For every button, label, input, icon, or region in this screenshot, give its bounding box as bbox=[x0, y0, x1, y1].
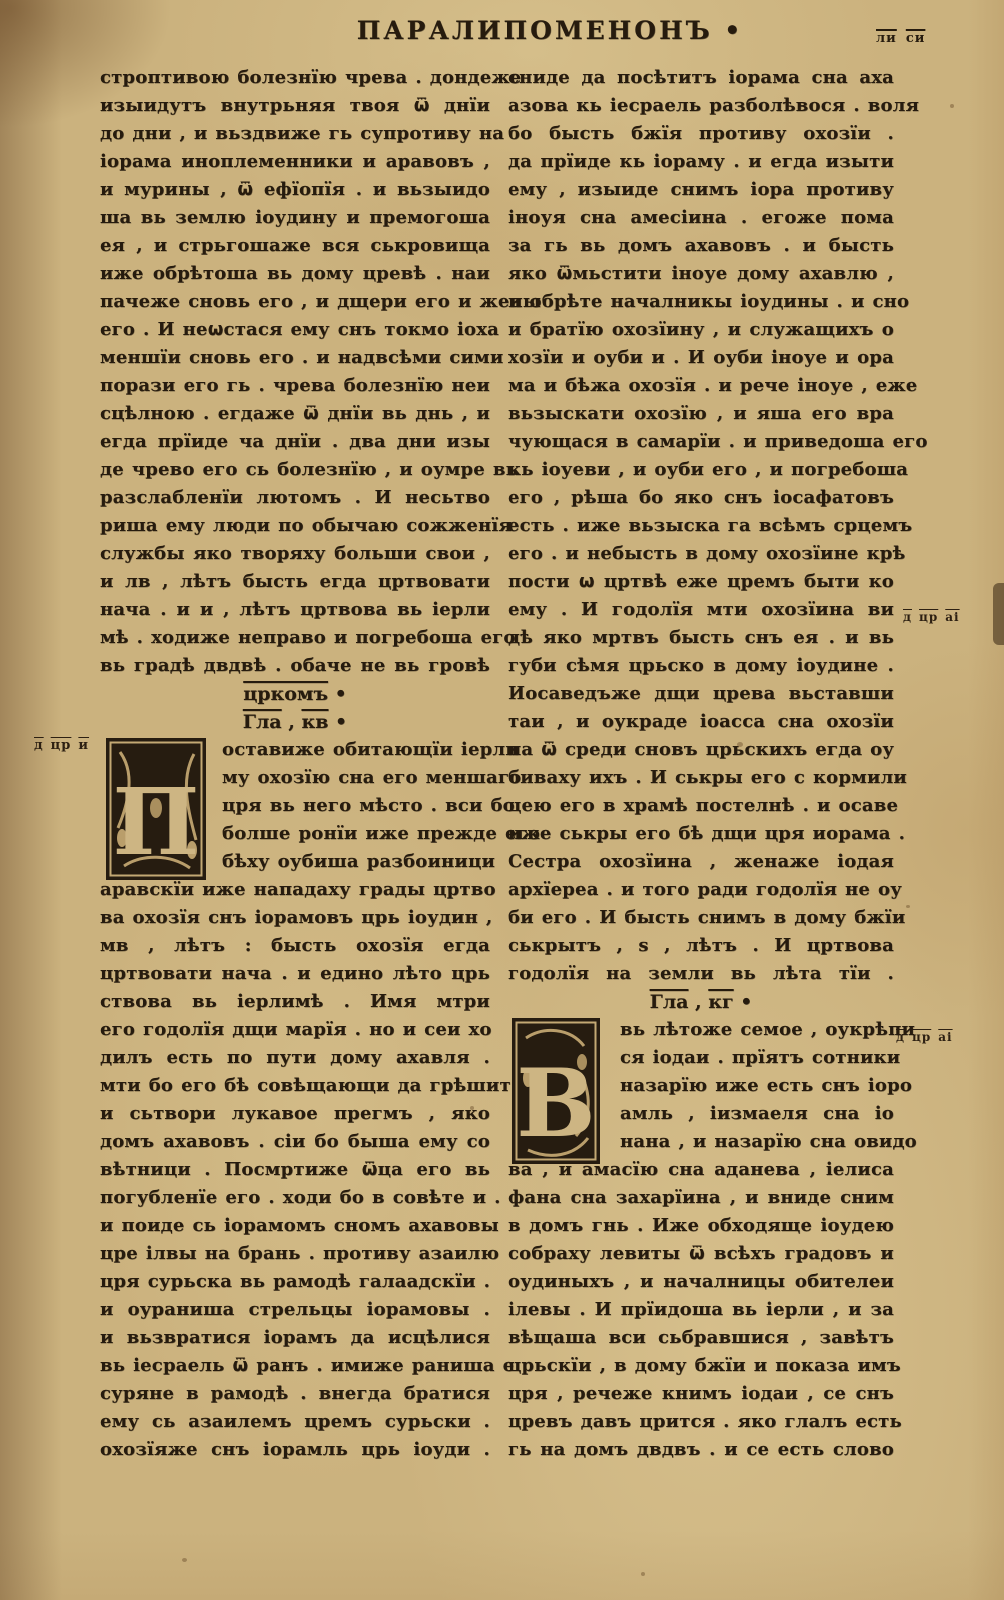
ornate-initial-woodcut: П bbox=[106, 738, 206, 884]
text-line: вьзыскати охозїю , и яша его вра bbox=[508, 400, 894, 428]
text-line: ея , и стрьгошаже вся ськровища bbox=[100, 232, 490, 260]
text-line: и братїю охозїину , и служащихъ о bbox=[508, 316, 894, 344]
text-line: суряне в рамодѣ . внегда братися bbox=[100, 1380, 490, 1408]
text-line: іорама иноплеменники и аравовъ , bbox=[100, 148, 490, 176]
text-line: и лв , лѣтъ бысть егда цртвовати bbox=[100, 568, 490, 596]
text-line: ему . И годолїя мти охозїина ви bbox=[508, 596, 894, 624]
text-line: иже ськры его бѣ дщи цря иорама . bbox=[508, 820, 894, 848]
text-line: Сестра охозїина , женаже іодая bbox=[508, 848, 894, 876]
paper-speck bbox=[950, 104, 954, 108]
text-line: пачеже сновь его , и дщери его и жены bbox=[100, 288, 490, 316]
folio-mark: си bbox=[906, 31, 926, 46]
text-block: строптивою болезнїю чрева . дондежеизыид… bbox=[100, 64, 490, 680]
text-line: иже обрѣтоша вь дому цревѣ . наи bbox=[100, 260, 490, 288]
book-page-scan: ПАРАЛИПОМЕНОНЪ • лиси дцри дцраі дцраі с… bbox=[0, 0, 1004, 1600]
text-line: риша ему люди по обычаю сожженїя bbox=[100, 512, 490, 540]
paper-speck bbox=[737, 742, 743, 747]
dropcap-paragraph: В вь лѣтоже семое , оукрѣпися іодаи . пр… bbox=[508, 1016, 894, 1156]
text-line: и оураниша стрельцы іорамовы . bbox=[100, 1296, 490, 1324]
text-line: его . И неѡстася ему снъ токмо іоха bbox=[100, 316, 490, 344]
text-line: сцѣлною . егдаже ѿ днїи вь днь , и bbox=[100, 400, 490, 428]
text-line: бо бысть бжїя противу охозїи . bbox=[508, 120, 894, 148]
ornate-initial-woodcut: В bbox=[512, 1018, 600, 1168]
text-line: болше ронїи иже прежде его bbox=[222, 820, 490, 848]
text-line: и вьзвратися іорамъ да исцѣлися bbox=[100, 1324, 490, 1352]
text-line: есть . иже вьзыска га всѣмъ срцемъ bbox=[508, 512, 894, 540]
text-line: ся іодаи . прїятъ сотники bbox=[620, 1044, 894, 1072]
text-line: губи сѣмя црьско в дому іоудине . bbox=[508, 652, 894, 680]
text-line: цртвовати нача . и едино лѣто црь bbox=[100, 960, 490, 988]
folio-mark: ли bbox=[876, 31, 897, 46]
text-line: биваху ихъ . И ськры его с кормили bbox=[508, 764, 894, 792]
text-line: фана сна захарїина , и вниде сним bbox=[508, 1184, 894, 1212]
margin-note-right-mid: дцраі bbox=[903, 610, 967, 624]
paper-speck bbox=[470, 1106, 474, 1110]
colophon-line: цркомъ • bbox=[100, 680, 490, 708]
text-line: мв , лѣтъ : бысть охозїя егда bbox=[100, 932, 490, 960]
text-block: аравскїи иже нападаху грады цртвова охоз… bbox=[100, 876, 490, 1464]
text-line: таи , и оукраде іоасса сна охозїи bbox=[508, 708, 894, 736]
right-text-column: сниде да посѣтитъ іорама сна ахаазова кь… bbox=[508, 64, 894, 1464]
text-line: вѣтници . Посмртиже ѿца его вь bbox=[100, 1156, 490, 1184]
text-line: му охозїю сна его меншаго bbox=[222, 764, 490, 792]
text-line: іноуя сна амесіина . егоже пома bbox=[508, 204, 894, 232]
text-line: црьскїи , в дому бжїи и показа имъ bbox=[508, 1352, 894, 1380]
text-line: архїереа . и того ради годолїя не оу bbox=[508, 876, 894, 904]
text-line: за гь вь домъ ахавовъ . и бысть bbox=[508, 232, 894, 260]
text-line: оудиныхъ , и началницы обителеи bbox=[508, 1268, 894, 1296]
text-line: цря вь него мѣсто . вси бо bbox=[222, 792, 490, 820]
text-line: цею его в храмѣ постелнѣ . и осаве bbox=[508, 792, 894, 820]
text-line: бѣху оубиша разбоиници bbox=[222, 848, 490, 876]
text-line: ма и бѣжа охозїя . и рече іноуе , еже bbox=[508, 372, 894, 400]
text-line: оставиже обитающїи іерли bbox=[222, 736, 490, 764]
text-line: его . и небысть в дому охозїине крѣ bbox=[508, 540, 894, 568]
text-line: мти бо его бѣ совѣщающи да грѣшит bbox=[100, 1072, 490, 1100]
chapter-heading-22: Гла , кв • bbox=[100, 708, 490, 736]
text-line: нана , и назарїю сна овидо bbox=[620, 1128, 894, 1156]
text-block: ва , и амасїю сна аданева , іелисафана с… bbox=[508, 1156, 894, 1464]
text-line: де чрево его сь болезнїю , и оумре вь bbox=[100, 456, 490, 484]
text-line: егда прїиде ча днїи . два дни изы bbox=[100, 428, 490, 456]
text-line: его , рѣша бо яко снъ іосафатовъ bbox=[508, 484, 894, 512]
text-line: дилъ есть по пути дому ахавля . bbox=[100, 1044, 490, 1072]
text-line: да прїиде кь іораму . и егда изыти bbox=[508, 148, 894, 176]
text-line: разслабленїи лютомъ . И несьтво bbox=[100, 484, 490, 512]
margin-note-left: дцри bbox=[34, 738, 96, 753]
text-line: вѣщаша вси сьбравшися , завѣтъ bbox=[508, 1324, 894, 1352]
page-title: ПАРАЛИПОМЕНОНЪ • bbox=[150, 16, 950, 50]
text-line: и мурины , ѿ ефїопїя . и вьзыидо bbox=[100, 176, 490, 204]
text-line: цря сурьска вь рамодѣ галаадскїи . bbox=[100, 1268, 490, 1296]
text-line: до дни , и вьздвиже гь супротиву на bbox=[100, 120, 490, 148]
text-line: ва охозїя снъ іорамовъ црь іоудин , bbox=[100, 904, 490, 932]
text-line: ськрытъ , ѕ , лѣтъ . И цртвова bbox=[508, 932, 894, 960]
text-line: охозїяже снъ іорамль црь іоуди . bbox=[100, 1436, 490, 1464]
text-line: и поиде сь іорамомъ сномъ ахавовы bbox=[100, 1212, 490, 1240]
text-line: строптивою болезнїю чрева . дондеже bbox=[100, 64, 490, 92]
initial-letter: П bbox=[113, 768, 200, 876]
text-line: службы яко творяху больши свои , bbox=[100, 540, 490, 568]
text-line: в домъ гнь . Иже обходяще іоудею bbox=[508, 1212, 894, 1240]
text-line: вь лѣтоже семое , оукрѣпи bbox=[620, 1016, 894, 1044]
page-edge-smudge bbox=[993, 583, 1004, 645]
text-line: погубленїе его . ходи бо в совѣте и . bbox=[100, 1184, 490, 1212]
text-line: его годолїя дщи марїя . но и сеи хо bbox=[100, 1016, 490, 1044]
text-block: сниде да посѣтитъ іорама сна ахаазова кь… bbox=[508, 64, 894, 988]
text-line: гь на домъ двдвъ . и се есть слово bbox=[508, 1436, 894, 1464]
left-text-column: строптивою болезнїю чрева . дондежеизыид… bbox=[100, 64, 490, 1464]
folio-marks: лиси bbox=[876, 31, 934, 46]
text-line: кь іоуеви , и оуби его , и погребоша bbox=[508, 456, 894, 484]
text-line: на ѿ среди сновъ црьскихъ егда оу bbox=[508, 736, 894, 764]
text-line: сниде да посѣтитъ іорама сна аха bbox=[508, 64, 894, 92]
text-line: би его . И бысть снимъ в дому бжїи bbox=[508, 904, 894, 932]
dropcap-paragraph: П оставиже обитающїи іерлиму охозїю сна … bbox=[100, 736, 490, 876]
text-line: ему , изыиде снимъ іора противу bbox=[508, 176, 894, 204]
text-line: мѣ . ходиже неправо и погребоша его bbox=[100, 624, 490, 652]
text-line: домъ ахавовъ . сіи бо быша ему со bbox=[100, 1128, 490, 1156]
text-line: и обрѣте началникы іоудины . и сно bbox=[508, 288, 894, 316]
text-line: порази его гь . чрева болезнїю неи bbox=[100, 372, 490, 400]
text-line: назарїю иже есть снъ іоро bbox=[620, 1072, 894, 1100]
paper-speck bbox=[182, 1558, 187, 1562]
text-line: Иосаведъже дщи црева вьставши bbox=[508, 680, 894, 708]
initial-letter: В bbox=[516, 1049, 595, 1159]
paper-speck bbox=[906, 905, 910, 908]
text-line: изыидутъ внутрьняя твоя ѿ днїи bbox=[100, 92, 490, 120]
text-line: дѣ яко мртвъ бысть снъ ея . и вь bbox=[508, 624, 894, 652]
text-line: ему сь азаилемъ цремъ сурьски . bbox=[100, 1408, 490, 1436]
text-line: чующася в самарїи . и приведоша его bbox=[508, 428, 894, 456]
text-line: цревъ давъ црится . яко глалъ есть bbox=[508, 1408, 894, 1436]
text-line: амль , іизмаеля сна іо bbox=[620, 1100, 894, 1128]
text-line: ша вь землю іоудину и премогоша bbox=[100, 204, 490, 232]
paper-speck bbox=[641, 1572, 645, 1576]
text-line: годолїя на земли вь лѣта тїи . bbox=[508, 960, 894, 988]
text-line: азова кь іесраель разболѣвося . воля bbox=[508, 92, 894, 120]
text-line: пости ѡ цртвѣ еже цремъ быти ко bbox=[508, 568, 894, 596]
text-line: цре ілвы на брань . противу азаилю bbox=[100, 1240, 490, 1268]
text-line: вь іесраель ѿ ранъ . имиже раниша е bbox=[100, 1352, 490, 1380]
text-line: яко ѿмьстити іноуе дому ахавлю , bbox=[508, 260, 894, 288]
text-line: меншїи сновь его . и надвсѣми сими bbox=[100, 344, 490, 372]
text-line: и сьтвори лукавое прегмъ , яко bbox=[100, 1100, 490, 1128]
text-line: цря , речеже книмъ іодаи , се снъ bbox=[508, 1380, 894, 1408]
text-line: ілевы . И прїидоша вь іерли , и за bbox=[508, 1296, 894, 1324]
text-line: ствова вь іерлимѣ . Имя мтри bbox=[100, 988, 490, 1016]
chapter-heading-23: Гла , кг • bbox=[508, 988, 894, 1016]
text-line: хозїи и оуби и . И оуби іноуе и ора bbox=[508, 344, 894, 372]
text-line: собраху левиты ѿ всѣхъ градовъ и bbox=[508, 1240, 894, 1268]
text-line: вь градѣ двдвѣ . обаче не вь гровѣ bbox=[100, 652, 490, 680]
text-line: нача . и и , лѣтъ цртвова вь іерли bbox=[100, 596, 490, 624]
